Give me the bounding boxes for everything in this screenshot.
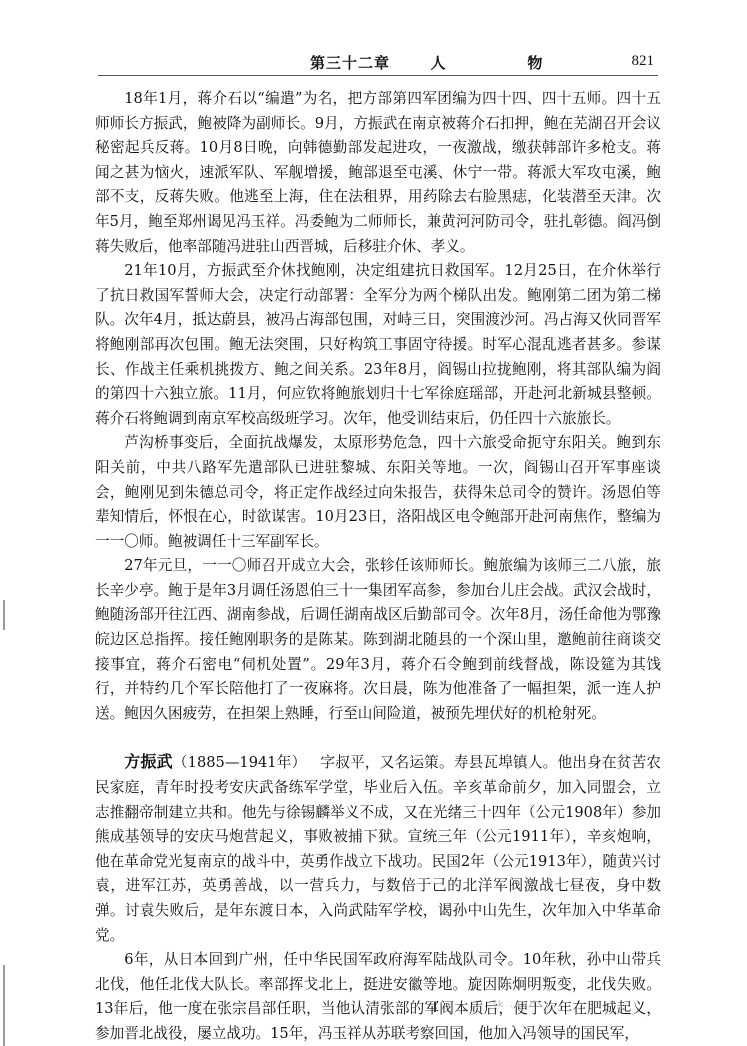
scan-edge-mark xyxy=(116,1002,118,1014)
header-rule xyxy=(98,75,658,76)
biography-entry: 方振武（1885—1941年）字叔平，又名运策。寿县瓦埠镇人。他出身在贫苦农民家… xyxy=(95,750,661,948)
biography-dates: （1885—1941年） xyxy=(173,754,307,771)
biography-name: 方振武 xyxy=(124,752,173,771)
biography-intro: 字叔平，又名运策。寿县瓦埠镇人。他出身在贫苦农民家庭，青年时投考安庆武备练军学堂… xyxy=(95,754,661,943)
book-page: 第三十二章 人 物 821 18年1月，蒋介石以“编遣”为名，把方部第四军团编为… xyxy=(0,0,747,1046)
scan-edge-mark xyxy=(434,1002,436,1012)
scan-edge-mark xyxy=(3,600,5,630)
page-number: 821 xyxy=(632,53,655,70)
scan-noise: · · · .. ..ik .aads xyxy=(440,1000,544,1010)
running-head: 第三十二章 人 物 821 xyxy=(98,52,658,72)
chapter-title: 第三十二章 人 物 xyxy=(310,52,543,73)
paragraph: 6年，从日本回到广州，任中华民国军政府海军陆战队司令。10年秋，孙中山带兵北伐，… xyxy=(95,948,661,1046)
paragraph: 芦沟桥事变后，全面抗战爆发，太原形势危急，四十六旅受命扼守东阳关。鲍到东阳关前，… xyxy=(95,431,661,554)
paragraph: 21年10月，方振武至介休找鲍刚，决定组建抗日救国军。12月25日，在介休举行了… xyxy=(95,259,661,431)
paragraph: 18年1月，蒋介石以“编遣”为名，把方部第四军团编为四十四、四十五师。四十五师师… xyxy=(95,87,661,259)
scan-edge-mark xyxy=(3,965,5,1046)
paragraph: 27年元旦，一一〇师召开成立大会，张轸任该师师长。鲍旅编为该师三二八旅，旅长辛少… xyxy=(95,554,661,726)
body-text: 18年1月，蒋介石以“编遣”为名，把方部第四军团编为四十四、四十五师。四十五师师… xyxy=(95,87,661,1046)
